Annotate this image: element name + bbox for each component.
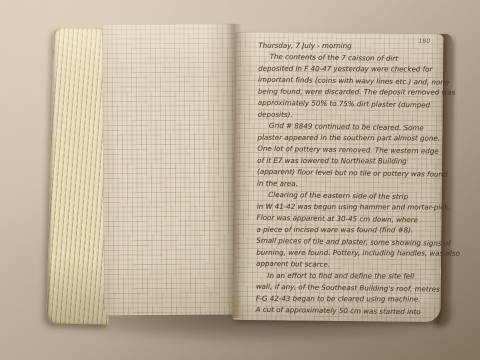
handwritten-line: A cut of approximately 50 cm was started… [256, 304, 440, 318]
handwritten-text-block: Thursday, 7 July - morning The contents … [256, 40, 443, 318]
notebook-photo: 180 Thursday, 7 July - morning The conte… [0, 0, 480, 360]
right-page-written: 180 Thursday, 7 July - morning The conte… [232, 32, 443, 322]
left-page-blank [102, 24, 237, 316]
